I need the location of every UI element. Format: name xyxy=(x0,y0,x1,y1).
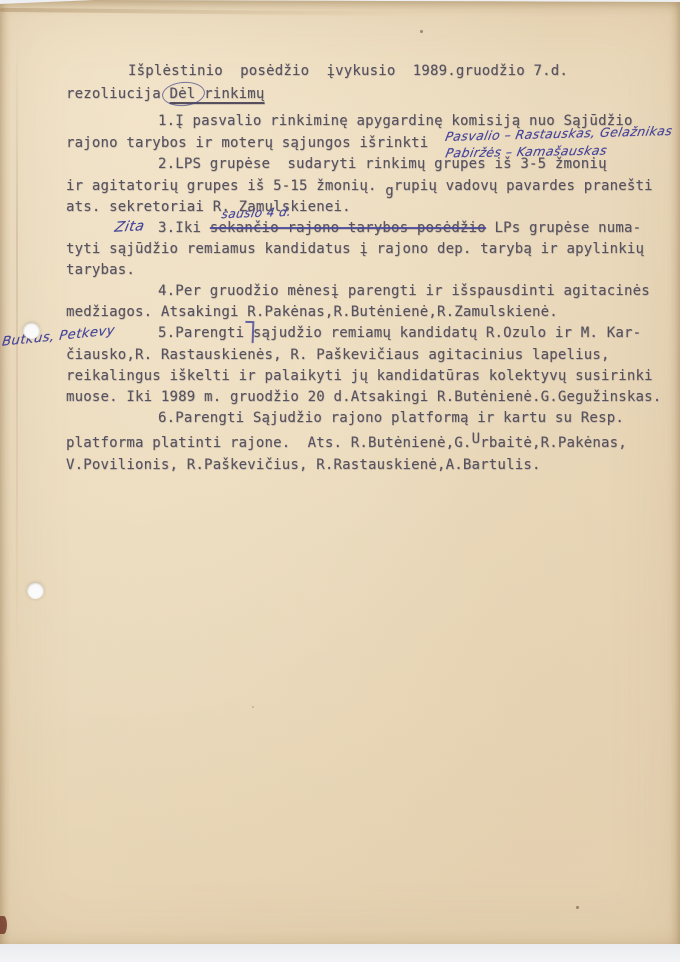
typed-line-p6a: 6.Parengti Sąjudžio rajono platformą ir … xyxy=(158,410,624,426)
typed-line-p1b: rajono tarybos ir moterų sąjungos išrink… xyxy=(66,135,428,151)
paper-speck xyxy=(252,706,254,708)
handwritten-note-district2: Pabiržės – Kamašauskas xyxy=(444,143,608,161)
typed-line-p5a: 5.Parengti sąjudžio remiamų kandidatų R.… xyxy=(158,325,641,341)
typed-segment-underlined: Dėl xyxy=(170,86,196,102)
paper-crease-left xyxy=(16,40,18,680)
typed-line-title1: Išplėstinio posėdžio įvykusio 1989.gruod… xyxy=(128,63,568,79)
typed-line-p2c: ats. sekretoriai R. Zamulskienei. xyxy=(66,199,351,215)
handwritten-note-margin-names: Butkus, Petkevy xyxy=(1,323,115,350)
typed-segment: čiausko,R. Rastauskienės, R. Paškevičiau… xyxy=(66,347,610,363)
typed-segment: medžiagos. Atsakingi R.Pakėnas,R.Butėnie… xyxy=(66,304,558,320)
typed-segment: reikalingus iškelti ir palaikyti jų kand… xyxy=(66,368,653,384)
typed-line-p5c: reikalingus iškelti ir palaikyti jų kand… xyxy=(66,368,653,384)
typed-segment: 4.Per gruodžio mėnesį parengti ir išspau… xyxy=(158,283,650,299)
paper-crease-top xyxy=(0,8,420,16)
typed-segment: V.Povilionis, R.Paškevičius, R.Rastauski… xyxy=(66,457,541,473)
typed-segment: rbaitė,R.Pakėnas, xyxy=(480,435,627,451)
typed-line-p3b: tyti sąjūdžio remiamus kandidatus į rajo… xyxy=(66,241,644,257)
paper-speck xyxy=(576,906,579,909)
typed-segment-underlined: rinkimų xyxy=(195,86,264,102)
typed-segment-struck: sekančio rajono tarybos posėdžio xyxy=(210,220,486,236)
typed-segment: tarybas. xyxy=(66,262,135,278)
paper-sheet: Išplėstinio posėdžio įvykusio 1989.gruod… xyxy=(0,0,680,952)
typed-segment-dropped: g xyxy=(385,183,394,199)
typed-segment: ir agitatorių grupes iš 5-15 žmonių. xyxy=(66,178,385,194)
typed-line-p3c: tarybas. xyxy=(66,262,135,278)
punch-hole-top xyxy=(23,322,40,339)
typed-segment: LPs grupėse numa- xyxy=(486,220,641,236)
typed-segment: rajono tarybos ir moterų sąjungos išrink… xyxy=(66,135,428,151)
paper-speck xyxy=(420,30,423,33)
typed-segment: platforma platinti rajone. Ats. R.Butėni… xyxy=(66,435,472,451)
punch-hole-bottom xyxy=(27,582,44,599)
typed-line-title2: rezoliucija Dėl rinkimų xyxy=(66,86,264,102)
typed-line-p3a: 3.Iki sekančio rajono tarybos posėdžio L… xyxy=(158,220,641,236)
typed-segment-raised: U xyxy=(472,431,481,447)
paper-edge-stain xyxy=(0,916,7,934)
typed-segment: Išplėstinio posėdžio įvykusio 1989.gruod… xyxy=(128,63,568,79)
typed-segment: 6.Parengti Sąjudžio rajono platformą ir … xyxy=(158,410,624,426)
typed-line-p5b: čiausko,R. Rastauskienės, R. Paškevičiau… xyxy=(66,347,610,363)
handwritten-note-date: sausio 4 d. xyxy=(221,205,293,221)
typed-line-p5d: muose. Iki 1989 m. gruodžio 20 d.Atsakin… xyxy=(66,389,661,405)
typed-segment: 3.Iki xyxy=(158,220,210,236)
scanned-document: Išplėstinio posėdžio įvykusio 1989.gruod… xyxy=(0,0,680,962)
typed-segment: 5.Parengti sąjudžio remiamų kandidatų R.… xyxy=(158,325,641,341)
typed-segment: tyti sąjūdžio remiamus kandidatus į rajo… xyxy=(66,241,644,257)
typed-segment: muose. Iki 1989 m. gruodžio 20 d.Atsakin… xyxy=(66,389,661,405)
typed-line-p6c: V.Povilionis, R.Paškevičius, R.Rastauski… xyxy=(66,457,541,473)
typed-line-p6b: platforma platinti rajone. Ats. R.Butėni… xyxy=(66,435,627,451)
typed-segment: rupių vadovų pavardes pranešti xyxy=(394,178,653,194)
handwritten-note-name: Zita xyxy=(113,218,146,236)
typed-segment: ats. sekretoriai R. Zamulskienei. xyxy=(66,199,351,215)
scanner-background xyxy=(0,944,680,962)
typed-segment: rezoliucija xyxy=(66,86,170,102)
typed-line-p4a: 4.Per gruodžio mėnesį parengti ir išspau… xyxy=(158,283,650,299)
handwritten-insertion-mark xyxy=(245,321,255,343)
typed-line-p2b: ir agitatorių grupes iš 5-15 žmonių. gru… xyxy=(66,178,653,194)
typed-line-p4b: medžiagos. Atsakingi R.Pakėnas,R.Butėnie… xyxy=(66,304,558,320)
